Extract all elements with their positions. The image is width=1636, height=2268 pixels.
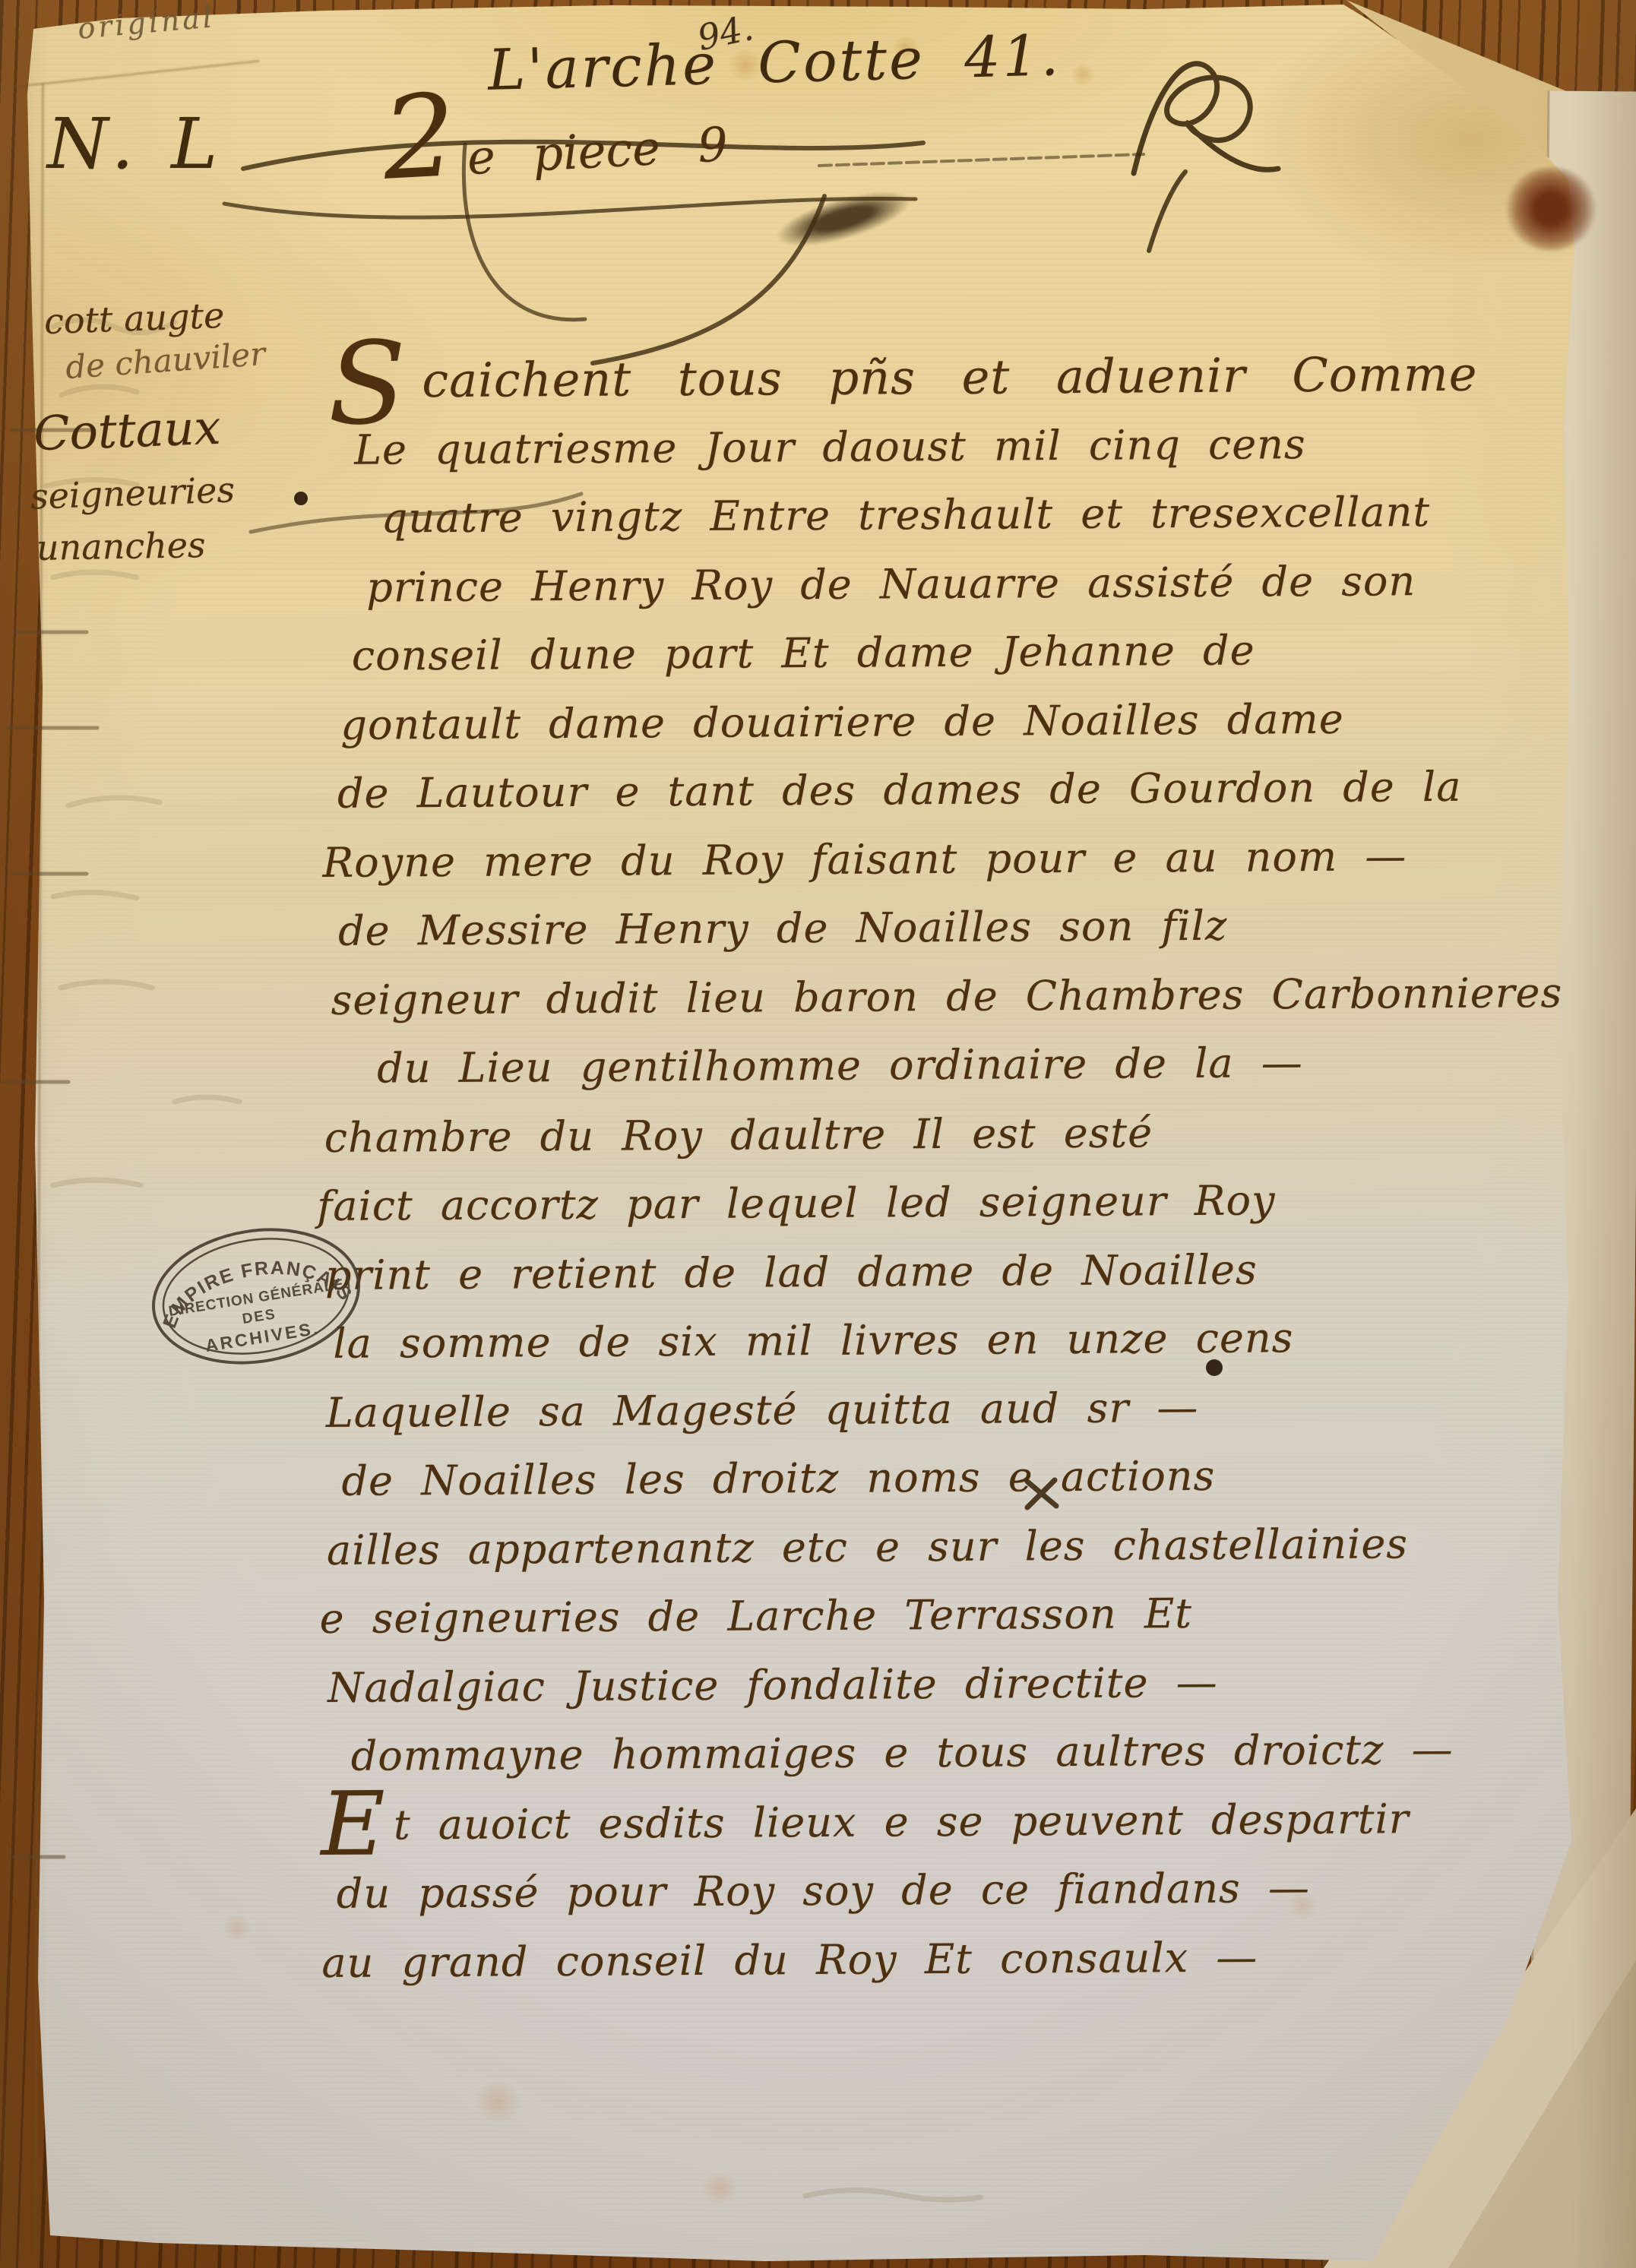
body-line: Laquelle sa Magesté quitta aud sr — — [326, 1371, 1577, 1447]
body-line: faict accortz par lequel led seigneur Ro… — [317, 1165, 1575, 1242]
body-line: Nadalgiac Justice fondalite directite — — [328, 1646, 1578, 1722]
body-line: print e retient de lad dame de Noailles — [325, 1233, 1576, 1310]
body-line: seigneur dudit lieu baron de Chambres Ca… — [331, 958, 1574, 1034]
body-line: prince Henry Roy de Nauarre assisté de s… — [366, 546, 1571, 622]
margin-note: cott augte — [43, 295, 225, 342]
body-line: quatre vingtz Entre treshault et tresexc… — [381, 477, 1571, 553]
body-line: conseil dune part Et dame Jehanne de — [352, 615, 1572, 691]
margin-note: unanches — [36, 524, 206, 568]
body-line: Royne mere du Roy faisant pour e au nom … — [322, 821, 1573, 897]
body-line: Scaichent tous pñs et aduenir Comme — [328, 340, 1570, 416]
body-line: dommayne hommaiges e tous aultres droict… — [350, 1715, 1578, 1791]
stamp-text-des: DES — [241, 1306, 277, 1327]
body-line: chambre du Roy daultre Il est esté — [324, 1096, 1574, 1172]
body-line: ailles appartenantz etc e sur les chaste… — [327, 1508, 1577, 1585]
body-line: Le quatriesme Jour daoust mil cinq cens — [354, 408, 1571, 484]
body-line: Et auoict esdits lieux e se peuvent desp… — [321, 1783, 1579, 1860]
body-line: de Lautour e tant des dames de Gourdon d… — [337, 752, 1573, 828]
manuscript-body: Scaichent tous pñs et aduenir Comme Le q… — [308, 340, 1579, 1998]
body-line: du passé pour Roy soy de ce fiandans — — [337, 1852, 1580, 1928]
margin-note: N. L — [47, 103, 225, 185]
body-line: du Lieu gentilhomme ordinaire de la — — [377, 1027, 1574, 1103]
photograph-of-manuscript: original 94. L'arche Cotte 41. 2e piece … — [0, 0, 1636, 2268]
body-line: de Messire Henry de Noailles son filz — [338, 890, 1574, 966]
margin-note: seigneuries — [30, 469, 236, 517]
body-line: e seigneuries de Larche Terrasson Et — [319, 1577, 1577, 1654]
body-line: la somme de six mil livres en unze cens — [333, 1302, 1576, 1378]
margin-note: Cottaux — [33, 400, 222, 462]
body-line: gontault dame douairiere de Noailles dam… — [340, 683, 1572, 759]
body-line: de Noailles les droitz noms e actions — [341, 1440, 1577, 1516]
body-line: au grand conseil du Roy Et consaulx — — [321, 1921, 1580, 1998]
